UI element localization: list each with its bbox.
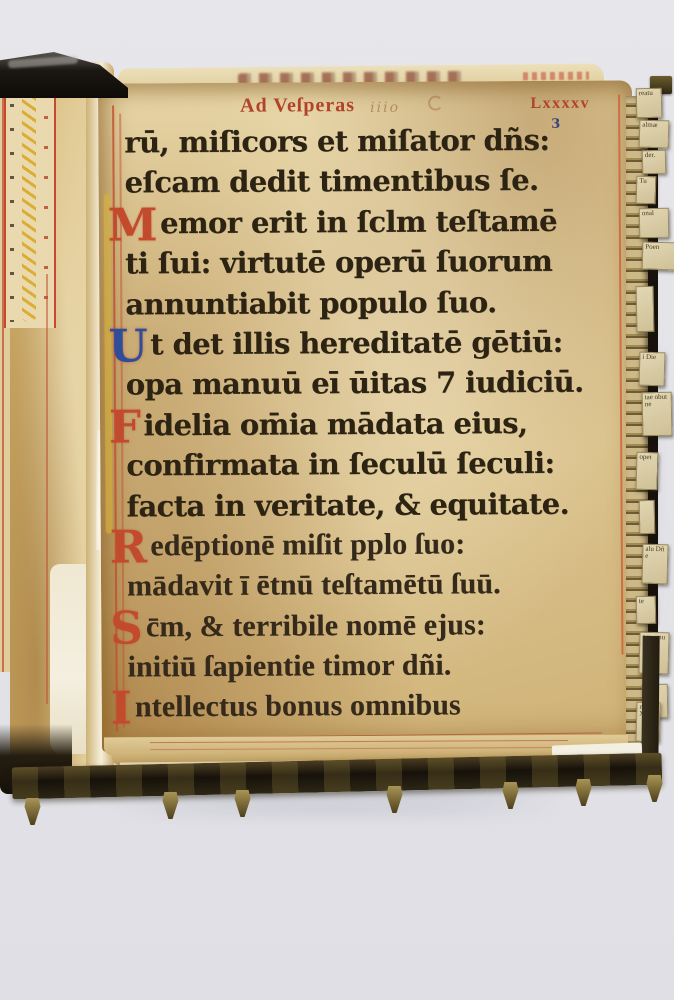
versal-initial: M — [108, 208, 157, 242]
clasp-fitting — [650, 76, 672, 94]
running-header: Ad Veſperas — [240, 94, 355, 118]
yellow-vine-ornament — [22, 78, 36, 322]
manuscript-line: mādavit ī ētnū teſtamētū ſuū. — [127, 567, 629, 610]
line-text: annuntiabit populo ſuo. — [125, 285, 496, 321]
line-text: ntellectus bonus omnibus — [135, 689, 461, 725]
manuscript-line: rū, miſicors et miſator dñs: — [124, 122, 626, 165]
manuscript-line: initiū ſapientie timor dñi. — [127, 647, 629, 690]
manuscript-line: Intellectus bonus omnibus — [128, 688, 630, 731]
manuscript-line: facta in veritate, & equitate. — [126, 486, 628, 529]
border-dot-ornament — [10, 80, 14, 322]
line-text: idelia om̄ia mādata eius, — [143, 406, 527, 442]
line-text: edēptionē miſit pplo ſuo: — [150, 527, 465, 563]
versal-initial: U — [108, 329, 147, 363]
versal-initial: F — [109, 410, 141, 444]
text-block: rū, miſicors et miſator dñs:eſcam dedit … — [124, 122, 630, 731]
photo-of-manuscript: Ad Veſperas iiio Lxxxxv 3 rū, miſicors e… — [0, 0, 674, 1000]
manuscript-line: confirmata in ſeculū ſeculi: — [126, 446, 628, 489]
line-text: facta in veritate, & equitate. — [126, 486, 569, 523]
manuscript-line: Redēptionē miſit pplo ſuo: — [127, 526, 629, 569]
folio-number: Lxxxxv — [530, 95, 590, 113]
manuscript-line: ti ſui: virtutē operū ſuorum — [125, 244, 627, 287]
line-text: emor erit in ſclm teſtamē — [160, 204, 557, 240]
offset-rubric-smudge — [523, 72, 589, 81]
line-text: t det illis hereditatē gētiū: — [150, 325, 563, 362]
line-text: confirmata in ſeculū ſeculi: — [126, 446, 554, 483]
line-text: opa manuū eī ūitas 7 iudiciū. — [126, 365, 584, 402]
manuscript-line: Sc̄m, & terribile nomē ejus: — [127, 607, 629, 650]
line-text: ti ſui: virtutē operū ſuorum — [125, 244, 552, 281]
manuscript-line: Ut det illis hereditatē gētiū: — [125, 324, 627, 367]
versal-initial: R — [110, 530, 148, 564]
binding-edge-frame — [641, 636, 659, 768]
manuscript-line: eſcam dedit timentibus ſe. — [124, 163, 626, 206]
faded-annotation: iiio — [370, 100, 400, 116]
manuscript-line: annuntiabit populo ſuo. — [125, 284, 627, 327]
line-text: c̄m, & terribile nomē ejus: — [146, 608, 486, 644]
manuscript-line: opa manuū eī ūitas 7 iudiciū. — [126, 365, 628, 408]
line-text: mādavit ī ētnū teſtamētū ſuū. — [127, 567, 501, 603]
red-ruling-line — [46, 274, 48, 704]
versal-initial: I — [111, 692, 132, 726]
manuscript-line: Fidelia om̄ia mādata eius, — [126, 405, 628, 448]
manuscript-line: Memor erit in ſclm teſtamē — [125, 203, 627, 246]
facing-page-edge — [10, 64, 98, 780]
versal-initial: S — [110, 611, 143, 645]
paraph-mark — [428, 96, 443, 111]
line-text: rū, miſicors et miſator dñs: — [124, 123, 549, 160]
decorated-border-band — [4, 76, 56, 328]
line-text: eſcam dedit timentibus ſe. — [124, 163, 538, 200]
line-text: initiū ſapientie timor dñi. — [127, 649, 451, 685]
manuscript-page: Ad Veſperas iiio Lxxxxv 3 rū, miſicors e… — [98, 80, 636, 751]
